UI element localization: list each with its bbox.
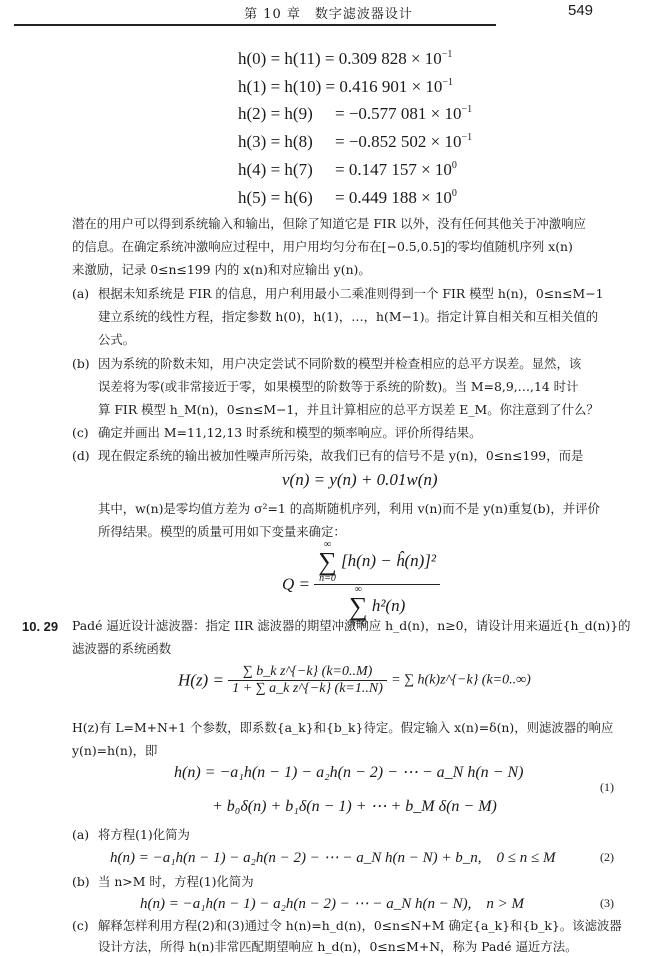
q-lhs: Q = <box>282 575 310 594</box>
coef-exp: −1 <box>442 77 453 88</box>
part-d-line: 现在假定系统的输出被加性噪声所污染，故我们已有的信号不是 y(n)，0≤n≤19… <box>98 444 583 467</box>
q-den-body: h²(n) <box>372 596 405 615</box>
q-num-body: [h(n) − ĥ(n)]² <box>341 551 436 570</box>
part-a-line: 根据未知系统是 FIR 的信息，用户利用最小二乘准则得到一个 FIR 模型 h(… <box>98 282 603 305</box>
coef-value: = −0.577 081 × 10 <box>335 104 462 123</box>
equation-1-line1: h(n) = −a₁h(n − 1) − a₂h(n − 2) − ⋯ − a_… <box>174 762 523 782</box>
coef-exp: −1 <box>442 49 453 60</box>
q-numerator: ∞∑n=0 [h(n) − ĥ(n)]² <box>314 540 440 584</box>
hz-rhs: = ∑ h(k)z^{−k} (k=0..∞) <box>391 673 531 688</box>
part-a-line: 建立系统的线性方程，指定参数 h(0)，h(1)，…，h(M−1)。指定计算自相… <box>98 305 598 328</box>
coef-row: h(1) = h(10) = 0.416 901 × 10−1 <box>238 77 453 97</box>
noise-equation: v(n) = y(n) + 0.01w(n) <box>282 470 438 490</box>
equation-1-number: (1) <box>600 780 614 795</box>
coef-exp: 0 <box>452 188 457 199</box>
problem-line: 滤波器的系统函数 <box>72 637 171 660</box>
part-c-line: 解释怎样利用方程(2)和(3)通过令 h(n)=h_d(n)，0≤n≤N+M 确… <box>98 914 622 937</box>
coef-row: h(3) = h(8) = −0.852 502 × 10−1 <box>238 132 472 152</box>
problem-line: H(z)有 L=M+N+1 个参数，即系数{a_k}和{b_k}待定。假定输入 … <box>72 716 613 739</box>
part-c-label: (c) <box>72 914 89 937</box>
hz-denominator: 1 + ∑ a_k z^{−k} (k=1..N) <box>228 680 387 697</box>
sum-lower: n=0 <box>319 574 336 584</box>
header-rule <box>14 24 496 26</box>
coef-value: = 0.147 157 × 10 <box>335 160 452 179</box>
part-d-line: 其中，w(n)是零均值方差为 σ²=1 的高斯随机序列，利用 v(n)而不是 y… <box>98 497 600 520</box>
intro-line: 潜在的用户可以得到系统输入和输出，但除了知道它是 FIR 以外，没有任何其他关于… <box>72 212 586 235</box>
hz-fraction: ∑ b_k z^{−k} (k=0..M) 1 + ∑ a_k z^{−k} (… <box>228 664 387 697</box>
coef-lhs: h(0) = h(11) <box>238 49 321 68</box>
coef-lhs: h(2) = h(9) <box>238 104 313 123</box>
part-a-label: (a) <box>72 282 89 305</box>
sum-symbol: ∞∑n=0 <box>318 540 337 584</box>
part-a-label: (a) <box>72 823 89 846</box>
coef-lhs: h(3) = h(8) <box>238 132 313 151</box>
coef-lhs: h(4) = h(7) <box>238 160 313 179</box>
coef-lhs: h(1) = h(10) <box>238 77 321 96</box>
part-c-line: 设计方法，所得 h(n)非常匹配期望响应 h_d(n)，0≤n≤M+N，称为 P… <box>98 935 577 956</box>
coef-exp: −1 <box>462 132 473 143</box>
problem-line: y(n)=h(n)，即 <box>72 739 157 762</box>
coef-row: h(4) = h(7) = 0.147 157 × 100 <box>238 160 457 180</box>
part-c-line: 确定并画出 M=11,12,13 时系统和模型的频率响应。评价所得结果。 <box>98 421 482 444</box>
hz-lhs: H(z) = <box>178 671 224 690</box>
coef-value: = −0.852 502 × 10 <box>335 132 462 151</box>
problem-number: 10. 29 <box>22 619 58 634</box>
part-b-line: 因为系统的阶数未知，用户决定尝试不同阶数的模型并检查相应的总平方误差。显然，该 <box>98 352 581 375</box>
intro-line: 的信息。在确定系统冲激响应过程中，用户用均匀分布在[−0.5,0.5]的零均值随… <box>72 235 573 258</box>
coef-row: h(5) = h(6) = 0.449 188 × 100 <box>238 188 457 208</box>
intro-line: 来激励，记录 0≤n≤199 内的 x(n)和对应输出 y(n)。 <box>72 258 371 281</box>
equation-2: h(n) = −a₁h(n − 1) − a₂h(n − 2) − ⋯ − a_… <box>110 846 555 867</box>
hz-numerator: ∑ b_k z^{−k} (k=0..M) <box>228 664 387 680</box>
equation-2-number: (2) <box>600 850 614 865</box>
part-b-text: 当 n>M 时，方程(1)化简为 <box>98 870 254 893</box>
part-b-label: (b) <box>72 352 90 375</box>
problem-line: Padé 逼近设计滤波器：指定 IIR 滤波器的期望冲激响应 h_d(n)，n≥… <box>72 614 631 637</box>
chapter-header: 第 10 章 数字滤波器设计 <box>0 3 657 22</box>
coef-row: h(0) = h(11) = 0.309 828 × 10−1 <box>238 49 452 69</box>
part-a-line: 公式。 <box>98 328 135 351</box>
coef-exp: 0 <box>452 160 457 171</box>
part-b-line: 误差将为零(或非常接近于零，如果模型的阶数等于系统的阶数)。当 M=8,9,…,… <box>98 375 578 398</box>
equation-3-number: (3) <box>600 896 614 911</box>
coef-value: = 0.309 828 × 10 <box>325 49 442 68</box>
equation-1-line2: + b₀δ(n) + b₁δ(n − 1) + ⋯ + b_M δ(n − M) <box>212 796 497 816</box>
part-b-label: (b) <box>72 870 90 893</box>
equation-3: h(n) = −a₁h(n − 1) − a₂h(n − 2) − ⋯ − a_… <box>140 892 524 913</box>
coef-lhs: h(5) = h(6) <box>238 188 313 207</box>
system-function-equation: H(z) = ∑ b_k z^{−k} (k=0..M) 1 + ∑ a_k z… <box>178 664 531 697</box>
part-b-line: 算 FIR 模型 h_M(n)，0≤n≤M−1，并且计算相应的总平方误差 E_M… <box>98 398 599 421</box>
coef-exp: −1 <box>462 104 473 115</box>
page-number: 549 <box>568 2 593 19</box>
coef-row: h(2) = h(9) = −0.577 081 × 10−1 <box>238 104 472 124</box>
part-a-text: 将方程(1)化简为 <box>98 823 190 846</box>
part-c-label: (c) <box>72 421 89 444</box>
coef-value: = 0.416 901 × 10 <box>325 77 442 96</box>
coef-value: = 0.449 188 × 10 <box>335 188 452 207</box>
part-d-label: (d) <box>72 444 90 467</box>
sigma-icon: ∑ <box>318 550 337 574</box>
